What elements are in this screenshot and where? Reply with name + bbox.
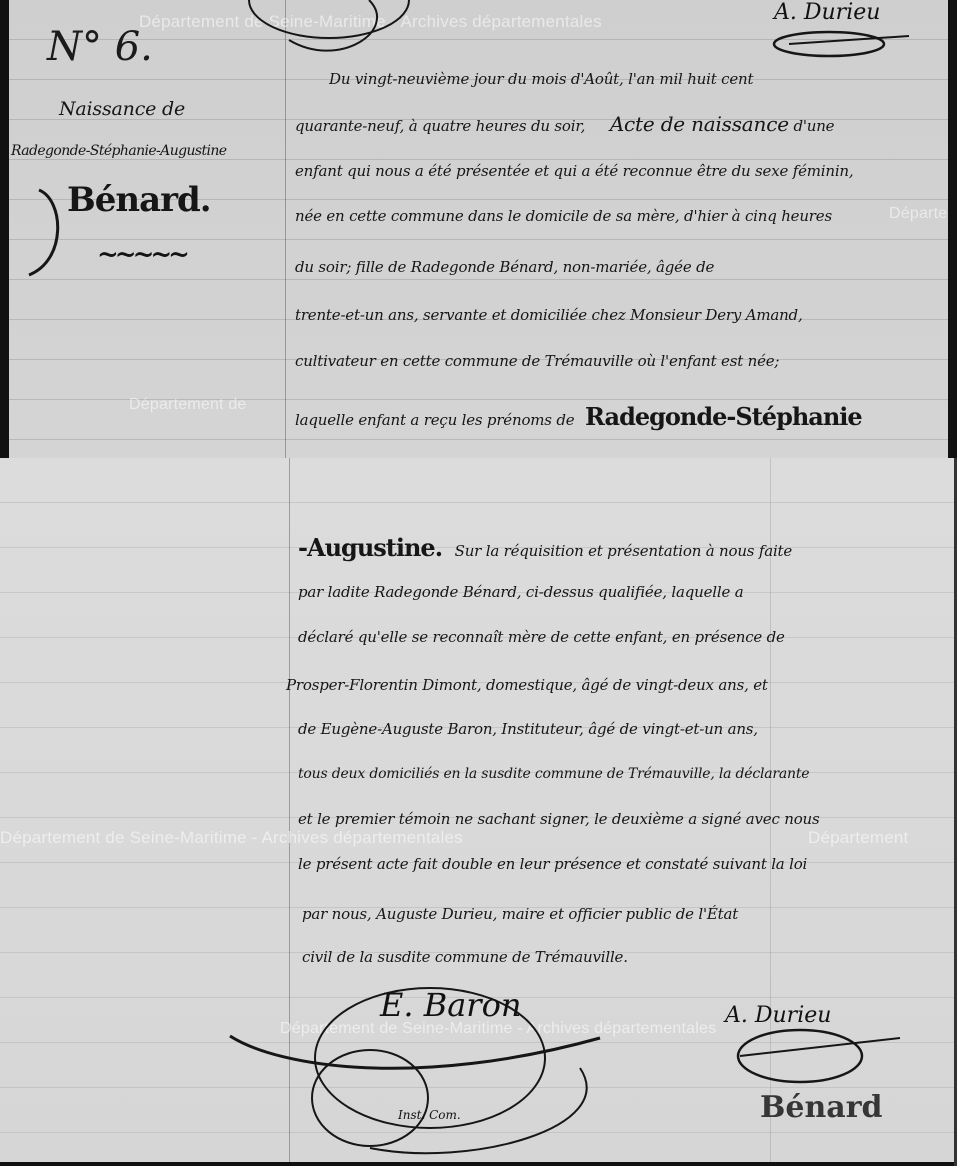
mayor-signature: A. Durieu [725,1003,831,1028]
mayor-paraph [730,1028,910,1098]
text-line-14: tous deux domiciliés en la susdite commu… [298,766,809,782]
text-line-12: Prosper-Florentin Dimont, domestique, âg… [286,676,768,694]
margin-given-names: Radegonde-Stéphanie-Augustine [11,143,226,159]
register-page-top: Département de Seine-Maritime - Archives… [0,0,957,458]
text-segment: laquelle enfant a reçu les prénoms de [295,411,574,429]
text-line-5: du soir; fille de Radegonde Bénard, non-… [295,258,714,276]
page-edge [0,1162,954,1166]
text-line-13: de Eugène-Auguste Baron, Instituteur, âg… [298,720,758,738]
text-line-1: Du vingt-neuvième jour du mois d'Août, l… [329,70,949,88]
margin-surname: Bénard. [67,180,211,220]
watermark: Département [808,828,908,848]
text-line-8: laquelle enfant a reçu les prénoms de Ra… [295,402,862,431]
text-segment: Sur la réquisition et présentation à nou… [455,542,792,560]
text-segment: d'une [793,117,834,135]
signature-paraph [769,26,919,66]
text-line-4: née en cette commune dans le domicile de… [295,207,832,225]
register-page-bottom: Département de Seine-Maritime - Archives… [0,458,957,1166]
text-line-10: par ladite Radegonde Bénard, ci-dessus q… [298,583,743,601]
flourish: ~~~~~ [97,240,186,270]
witness-seal-text: Inst. Com. [398,1108,461,1122]
text-line-16: le présent acte fait double en leur prés… [298,855,807,873]
entry-number: N° 6. [47,24,153,70]
watermark: Départeme [889,205,957,223]
given-names-bold: Radegonde-Stéphanie [585,402,862,431]
text-line-15: et le premier témoin ne sachant signer, … [298,810,820,828]
text-segment: quarante-neuf, à quatre heures du soir, [295,117,585,135]
bracket-flourish [9,180,69,280]
margin-title: Naissance de [59,98,185,120]
given-names-bold: -Augustine. [298,533,442,562]
watermark: Département de [129,396,247,414]
text-line-2: quarante-neuf, à quatre heures du soir, … [295,112,834,136]
top-signature-mayor: A. Durieu [774,0,880,25]
witness-signature: E. Baron [380,986,521,1024]
text-line-9: -Augustine. Sur la réquisition et présen… [298,533,792,562]
text-line-6: trente-et-un ans, servante et domiciliée… [295,306,803,324]
text-line-18: civil de la susdite commune de Trémauvil… [302,948,628,966]
text-line-17: par nous, Auguste Durieu, maire et offic… [302,905,738,923]
text-line-7: cultivateur en cette commune de Trémauvi… [295,352,779,370]
seal-flourish [229,0,429,80]
mayor-mark: Bénard [760,1090,882,1125]
text-line-3: enfant qui nous a été présentée et qui a… [295,162,853,180]
acte-heading: Acte de naissance [610,112,789,136]
watermark: Département de Seine-Maritime - Archives… [0,828,463,848]
text-line-11: déclaré qu'elle se reconnaît mère de cet… [298,628,785,646]
